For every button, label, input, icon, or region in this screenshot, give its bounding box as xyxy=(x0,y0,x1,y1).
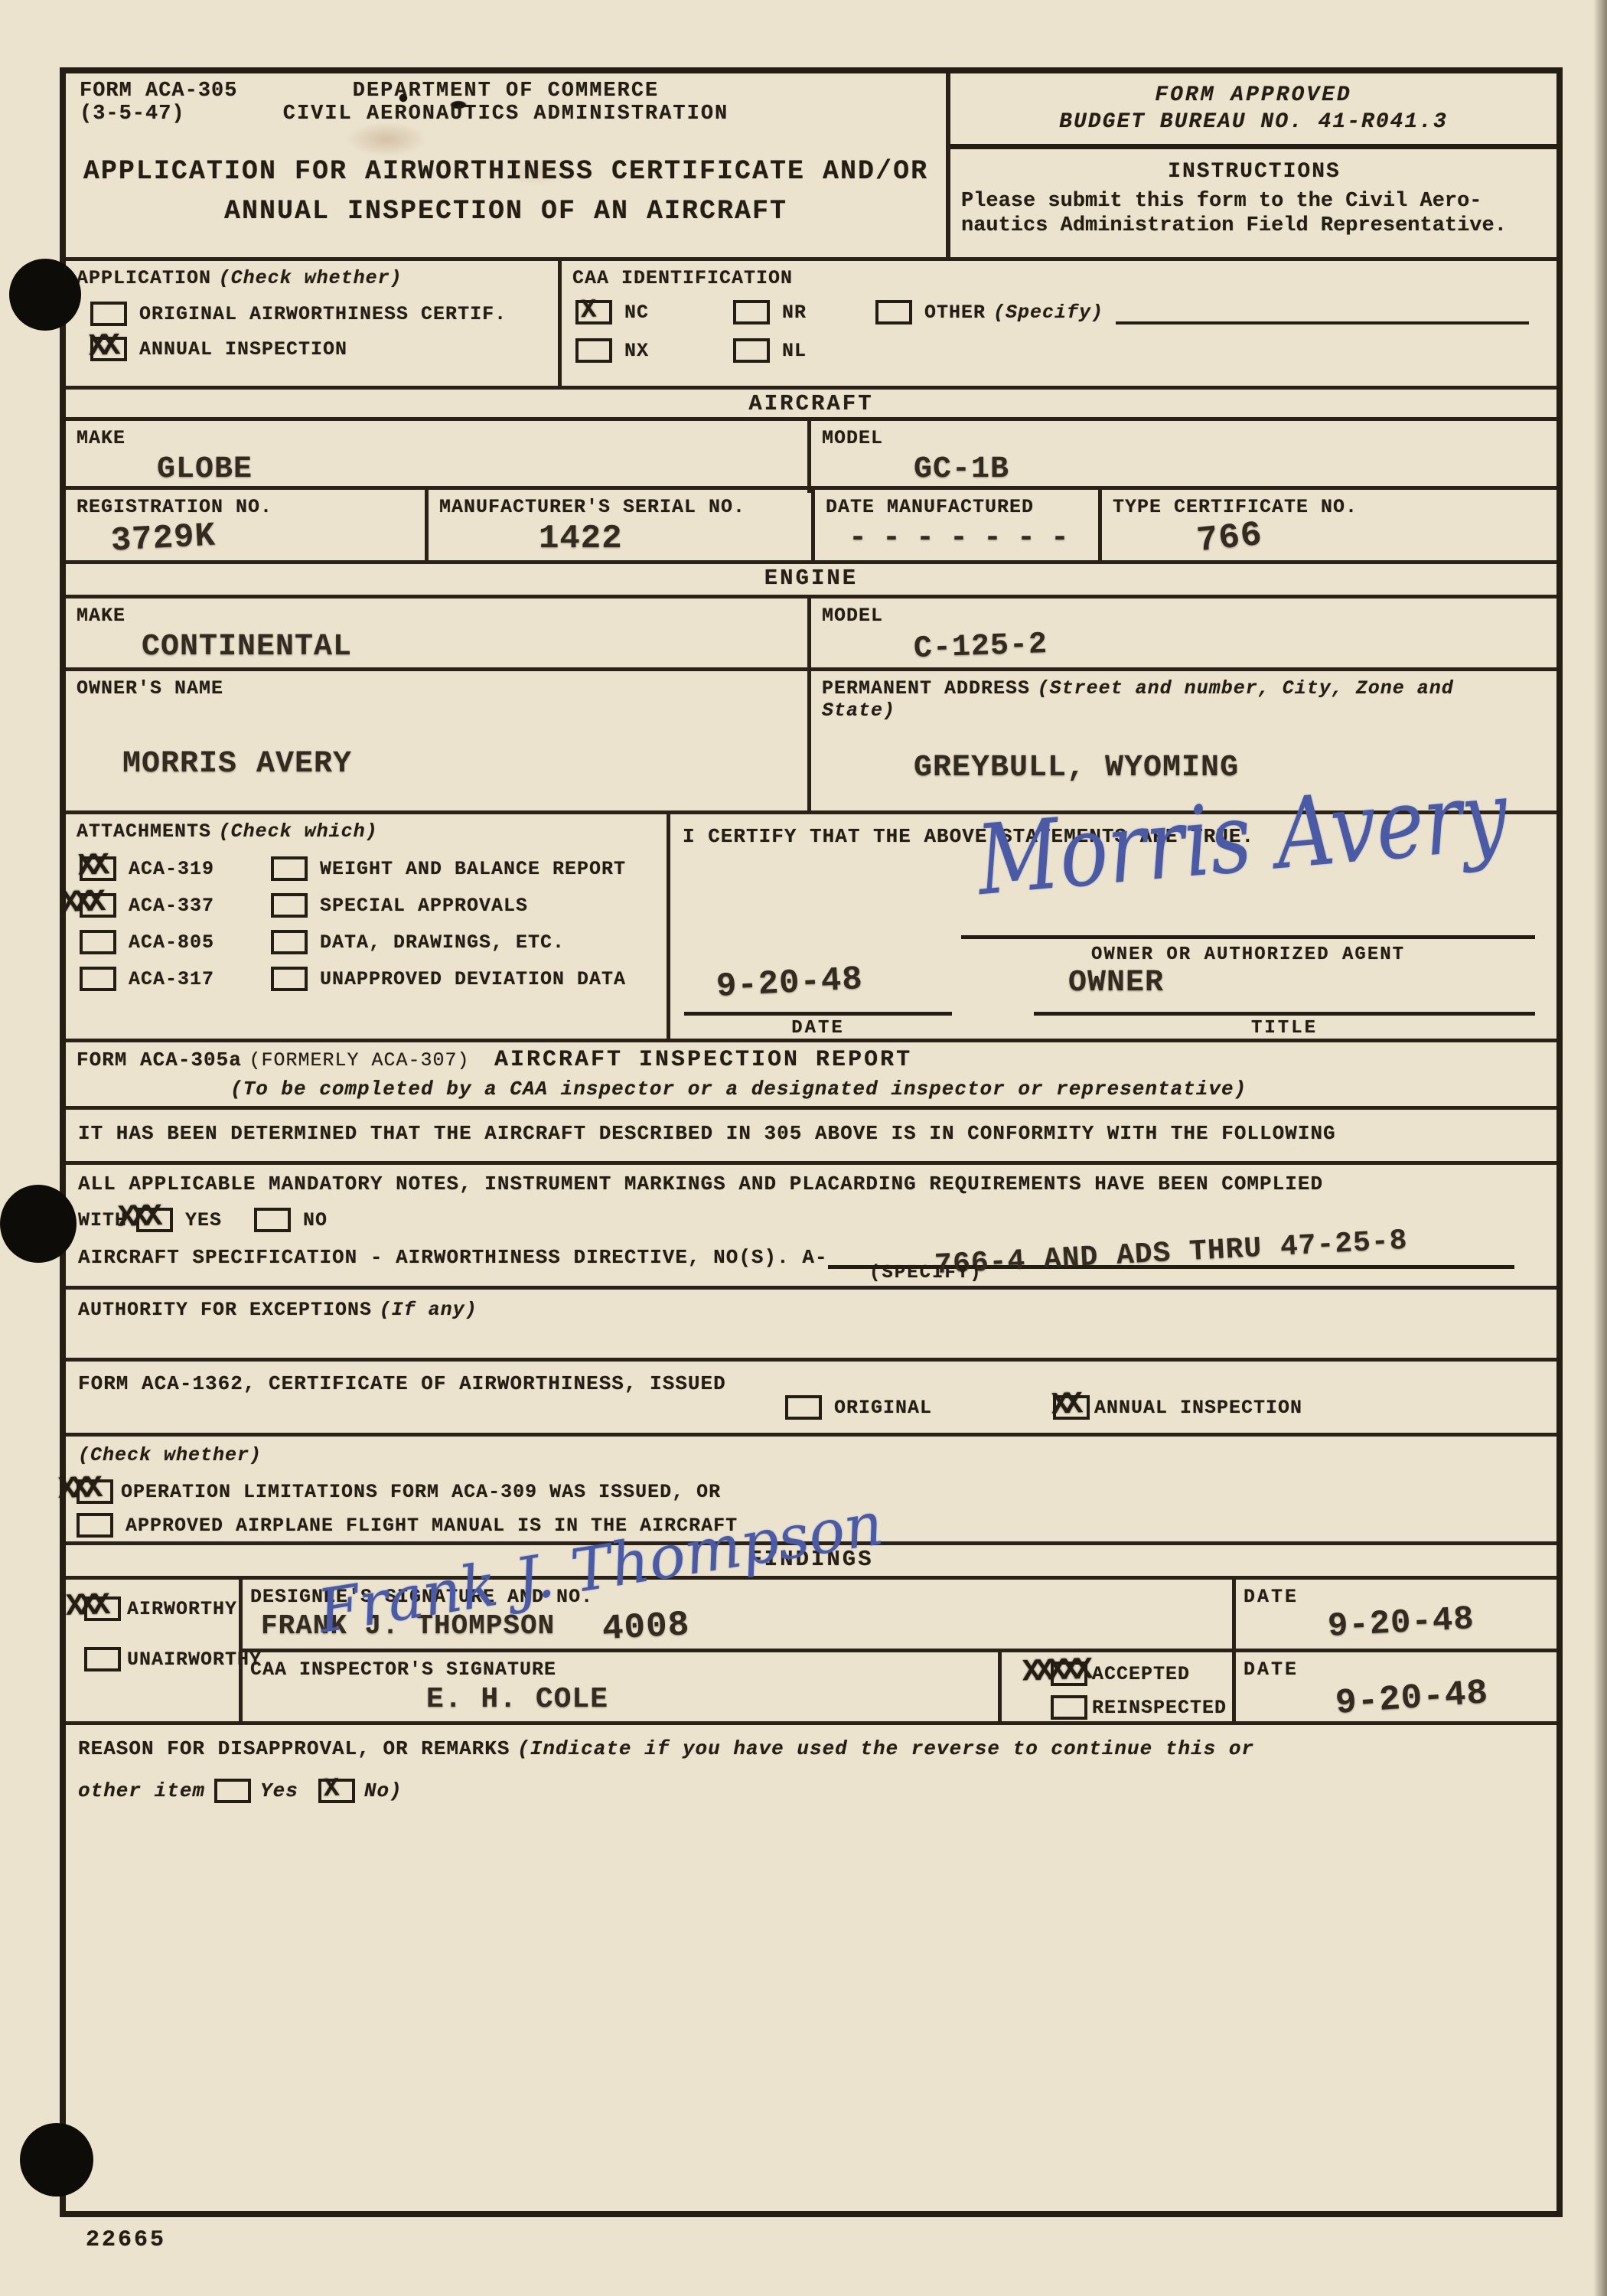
designee-number: 4008 xyxy=(601,1605,691,1649)
aircraft-make-model-row: MAKE GLOBE MODEL GC-1B xyxy=(66,417,1556,486)
attachments-hint: (Check which) xyxy=(219,820,378,843)
date-manufactured-label: DATE MANUFACTURED xyxy=(826,496,1087,518)
compliance-no-label: NO xyxy=(303,1209,328,1231)
owner-name-label: OWNER'S NAME xyxy=(77,677,797,700)
unairworthy-checkbox[interactable] xyxy=(84,1647,121,1671)
form-aca-305: FORM ACA-305 (3-5-47) DEPARTMENT OF COMM… xyxy=(60,67,1563,2217)
authority-row: AUTHORITY FOR EXCEPTIONS (If any) xyxy=(66,1286,1556,1358)
instructions-title: INSTRUCTIONS xyxy=(961,160,1547,184)
unapproved-deviation-checkbox[interactable] xyxy=(271,967,308,991)
attachments-section: ATTACHMENTS (Check which) XX ACA-319 WEI… xyxy=(66,814,670,1039)
compliance-yes-label: YES xyxy=(185,1209,222,1231)
punch-hole-bottom xyxy=(20,2123,93,2197)
annual-inspection-checkbox[interactable]: XX xyxy=(90,337,127,361)
aircraft-make-label: MAKE xyxy=(77,427,797,449)
title-line-label: TITLE xyxy=(1034,1018,1535,1039)
instructions-box: INSTRUCTIONS Please submit this form to … xyxy=(950,149,1556,237)
serial-label: MANUFACTURER'S SERIAL NO. xyxy=(439,496,800,518)
designee-date-value: 9-20-48 xyxy=(1327,1600,1475,1646)
aca-337-checkbox[interactable]: XXX xyxy=(80,893,116,918)
nr-checkbox[interactable] xyxy=(733,300,770,325)
application-label: APPLICATION xyxy=(77,267,211,289)
attachments-label: ATTACHMENTS xyxy=(77,820,211,843)
scanned-form-page: FORM ACA-305 (3-5-47) DEPARTMENT OF COMM… xyxy=(0,0,1607,2296)
engine-model-cell: MODEL C-125-2 xyxy=(811,598,1556,670)
type-certificate-label: TYPE CERTIFICATE NO. xyxy=(1113,496,1546,518)
specify-label: (SPECIFY) xyxy=(869,1263,983,1283)
determined-row: IT HAS BEEN DETERMINED THAT THE AIRCRAFT… xyxy=(66,1106,1556,1161)
airworthy-checkbox[interactable]: XXX xyxy=(84,1596,121,1621)
scan-edge-shadow xyxy=(1593,0,1607,2296)
nc-checkbox[interactable]: X xyxy=(575,300,612,325)
designee-date-label: DATE xyxy=(1244,1586,1299,1608)
remarks-hint-line2: other item xyxy=(78,1779,205,1802)
date-line[interactable] xyxy=(684,1012,952,1016)
aca-317-checkbox[interactable] xyxy=(80,967,116,991)
application-caa-row: APPLICATION (Check whether) ORIGINAL AIR… xyxy=(66,257,1556,386)
aca-805-checkbox[interactable] xyxy=(80,930,116,954)
special-approvals-checkbox[interactable] xyxy=(271,893,308,918)
inspector-date-value: 9-20-48 xyxy=(1334,1673,1489,1724)
inspector-signature-cell: CAA INSPECTOR'S SIGNATURE E. H. COLE xyxy=(239,1649,998,1721)
compliance-row: ALL APPLICABLE MANDATORY NOTES, INSTRUME… xyxy=(66,1161,1556,1286)
engine-make-model-row: MAKE CONTINENTAL MODEL C-125-2 xyxy=(66,595,1556,667)
page-serial-number: 22665 xyxy=(86,2227,166,2253)
header: FORM ACA-305 (3-5-47) DEPARTMENT OF COMM… xyxy=(66,73,1556,257)
accepted-checkbox[interactable]: XXXXX xyxy=(1051,1662,1087,1686)
certification-section: I CERTIFY THAT THE ABOVE STATEMENTS ARE … xyxy=(670,814,1556,1039)
owner-agent-line-label: OWNER OR AUTHORIZED AGENT xyxy=(961,944,1535,965)
attachments-certification-row: ATTACHMENTS (Check which) XX ACA-319 WEI… xyxy=(66,810,1556,1039)
inspection-report-header: FORM ACA-305a (FORMERLY ACA-307) AIRCRAF… xyxy=(66,1039,1556,1106)
instructions-line1: Please submit this form to the Civil Aer… xyxy=(961,190,1547,213)
form-title-line1: APPLICATION FOR AIRWORTHINESS CERTIFICAT… xyxy=(66,156,946,187)
department-line1: DEPARTMENT OF COMMERCE xyxy=(66,80,946,103)
header-right: FORM APPROVED BUDGET BUREAU NO. 41-R041.… xyxy=(946,73,1556,257)
operation-limitations-label: OPERATION LIMITATIONS FORM ACA-309 WAS I… xyxy=(121,1481,721,1503)
owner-name-value: MORRIS AVERY xyxy=(122,747,797,781)
reinspected-label: REINSPECTED xyxy=(1092,1697,1227,1719)
other-hint: (Specify) xyxy=(993,302,1103,324)
owner-signature-line[interactable] xyxy=(961,935,1535,939)
determined-text: IT HAS BEEN DETERMINED THAT THE AIRCRAFT… xyxy=(78,1122,1336,1145)
report-form-number: FORM ACA-305a xyxy=(77,1049,242,1071)
engine-model-value: C-125-2 xyxy=(913,628,1048,667)
remarks-label: REASON FOR DISAPPROVAL, OR REMARKS xyxy=(78,1737,510,1760)
other-specify-field[interactable] xyxy=(1116,300,1529,325)
original-airworthiness-checkbox[interactable] xyxy=(90,302,127,326)
date-manufactured-cell: DATE MANUFACTURED - - - - - - - xyxy=(815,490,1102,564)
compliance-text: ALL APPLICABLE MANDATORY NOTES, INSTRUME… xyxy=(78,1172,1323,1195)
registration-value: 3729K xyxy=(110,517,217,560)
issued-original-checkbox[interactable] xyxy=(785,1395,822,1420)
aca-319-label: ACA-319 xyxy=(129,858,214,880)
aca1362-row: FORM ACA-1362, CERTIFICATE OF AIRWORTHIN… xyxy=(66,1358,1556,1433)
nl-checkbox[interactable] xyxy=(733,338,770,363)
form-approved-line2: BUDGET BUREAU NO. 41-R041.3 xyxy=(1059,110,1448,134)
application-section: APPLICATION (Check whether) ORIGINAL AIR… xyxy=(66,261,562,386)
remarks-hint-line1: (Indicate if you have used the reverse t… xyxy=(517,1737,1254,1760)
inspector-label: CAA INSPECTOR'S SIGNATURE xyxy=(250,1658,556,1681)
issued-original-label: ORIGINAL xyxy=(834,1397,932,1419)
registration-cell: REGISTRATION NO. 3729K xyxy=(66,490,429,564)
serial-cell: MANUFACTURER'S SERIAL NO. 1422 xyxy=(429,490,815,564)
date-manufactured-value: - - - - - - - xyxy=(849,521,1087,556)
serial-value: 1422 xyxy=(539,520,800,558)
aircraft-model-label: MODEL xyxy=(822,427,1546,449)
report-title: AIRCRAFT INSPECTION REPORT xyxy=(494,1047,912,1073)
other-label: OTHER xyxy=(924,302,986,324)
check-whether-hint: (Check whether) xyxy=(78,1444,262,1466)
report-subtitle: (To be completed by a CAA inspector or a… xyxy=(230,1078,1247,1101)
operation-limitations-checkbox[interactable]: XXX xyxy=(77,1479,113,1504)
application-hint: (Check whether) xyxy=(219,267,403,289)
weight-balance-checkbox[interactable] xyxy=(271,856,308,881)
findings-table: XXX AIRWORTHY UNAIRWORTHY DESIGNEE'S SIG… xyxy=(66,1576,1556,1721)
caa-identification-section: CAA IDENTIFICATION X NC NR OTHER (Specif… xyxy=(562,261,1556,386)
remarks-yes-label: Yes xyxy=(260,1779,298,1802)
nc-label: NC xyxy=(624,302,649,324)
type-certificate-cell: TYPE CERTIFICATE NO. 766 xyxy=(1102,490,1556,564)
owner-address-label: PERMANENT ADDRESS xyxy=(822,677,1030,700)
spec-value: 766-4 AND ADS THRU 47-25-8 xyxy=(934,1225,1408,1282)
aca1362-label: FORM ACA-1362, CERTIFICATE OF AIRWORTHIN… xyxy=(78,1372,726,1395)
instructions-line2: nautics Administration Field Representat… xyxy=(961,214,1547,237)
compliance-no-checkbox[interactable] xyxy=(254,1208,291,1232)
designee-signature-cell: DESIGNEE'S SIGNATURE AND NO. FRANK J. TH… xyxy=(239,1580,1232,1649)
nl-label: NL xyxy=(782,340,807,362)
spec-label: AIRCRAFT SPECIFICATION - AIRWORTHINESS D… xyxy=(78,1246,828,1269)
special-approvals-label: SPECIAL APPROVALS xyxy=(320,895,528,917)
engine-make-cell: MAKE CONTINENTAL xyxy=(66,598,811,670)
nr-label: NR xyxy=(782,302,807,324)
reinspected-checkbox[interactable] xyxy=(1051,1695,1087,1720)
aircraft-make-value: GLOBE xyxy=(157,452,797,487)
data-drawings-label: DATA, DRAWINGS, ETC. xyxy=(320,931,565,954)
compliance-yes-checkbox[interactable]: XXX xyxy=(136,1208,173,1232)
engine-make-label: MAKE xyxy=(77,605,797,627)
remarks-yes-checkbox[interactable] xyxy=(214,1779,251,1803)
authority-hint: (If any) xyxy=(380,1299,478,1321)
aircraft-registration-row: REGISTRATION NO. 3729K MANUFACTURER'S SE… xyxy=(66,486,1556,560)
owner-name-cell: OWNER'S NAME MORRIS AVERY xyxy=(66,671,811,810)
department-line2: CIVIL AERONAUTICS ADMINISTRATION xyxy=(66,103,946,126)
aircraft-model-value: GC-1B xyxy=(914,452,1546,487)
accepted-cell: XXXXX ACCEPTED REINSPECTED xyxy=(998,1649,1232,1721)
original-airworthiness-label: ORIGINAL AIRWORTHINESS CERTIF. xyxy=(139,303,507,325)
weight-balance-label: WEIGHT AND BALANCE REPORT xyxy=(320,858,626,880)
certification-date-value: 9-20-48 xyxy=(715,960,864,1006)
engine-section-header: ENGINE xyxy=(66,560,1556,595)
inspector-typed-name: E. H. COLE xyxy=(426,1683,608,1716)
remarks-row: REASON FOR DISAPPROVAL, OR REMARKS (Indi… xyxy=(66,1721,1556,2211)
authority-label: AUTHORITY FOR EXCEPTIONS xyxy=(78,1299,372,1321)
unapproved-deviation-label: UNAPPROVED DEVIATION DATA xyxy=(320,968,626,990)
report-formerly: (FORMERLY ACA-307) xyxy=(249,1049,469,1071)
aca-337-label: ACA-337 xyxy=(129,895,214,917)
airworthy-label: AIRWORTHY xyxy=(127,1598,237,1620)
aircraft-make-cell: MAKE GLOBE xyxy=(66,421,811,493)
airworthiness-verdict-cell: XXX AIRWORTHY UNAIRWORTHY xyxy=(66,1580,239,1721)
inspector-date-cell: DATE 9-20-48 xyxy=(1232,1649,1556,1721)
date-line-label: DATE xyxy=(684,1018,952,1039)
title-line[interactable] xyxy=(1034,1012,1535,1016)
punch-hole-middle xyxy=(0,1185,77,1263)
form-title-line2: ANNUAL INSPECTION OF AN AIRCRAFT xyxy=(66,196,946,227)
aircraft-section-header: AIRCRAFT xyxy=(66,386,1556,417)
header-left: FORM ACA-305 (3-5-47) DEPARTMENT OF COMM… xyxy=(66,73,946,257)
inspector-date-label: DATE xyxy=(1244,1658,1299,1681)
registration-label: REGISTRATION NO. xyxy=(77,496,414,518)
engine-make-value: CONTINENTAL xyxy=(142,630,797,664)
engine-model-label: MODEL xyxy=(822,605,1546,627)
annual-inspection-label: ANNUAL INSPECTION xyxy=(139,338,347,360)
flight-manual-checkbox[interactable] xyxy=(77,1513,113,1538)
remarks-no-checkbox[interactable]: X xyxy=(318,1779,355,1803)
aca-317-label: ACA-317 xyxy=(129,968,214,990)
caa-identification-label: CAA IDENTIFICATION xyxy=(572,267,1546,289)
aca-805-label: ACA-805 xyxy=(129,931,214,954)
other-checkbox[interactable] xyxy=(875,300,912,325)
nx-checkbox[interactable] xyxy=(575,338,612,363)
issued-annual-label: ANNUAL INSPECTION xyxy=(1094,1397,1302,1419)
issued-annual-checkbox[interactable]: XX xyxy=(1053,1395,1090,1420)
form-approved-box: FORM APPROVED BUDGET BUREAU NO. 41-R041.… xyxy=(950,73,1556,149)
nx-label: NX xyxy=(624,340,649,362)
aircraft-model-cell: MODEL GC-1B xyxy=(811,421,1556,493)
aca-319-checkbox[interactable]: XX xyxy=(80,856,116,881)
type-certificate-value: 766 xyxy=(1195,515,1265,562)
designee-date-cell: DATE 9-20-48 xyxy=(1232,1580,1556,1649)
certification-title-value: OWNER xyxy=(1068,966,1164,1000)
form-approved-line1: FORM APPROVED xyxy=(1155,83,1351,107)
accepted-label: ACCEPTED xyxy=(1092,1663,1190,1685)
punch-hole-top xyxy=(9,259,81,331)
remarks-no-label: No) xyxy=(364,1779,403,1802)
data-drawings-checkbox[interactable] xyxy=(271,930,308,954)
